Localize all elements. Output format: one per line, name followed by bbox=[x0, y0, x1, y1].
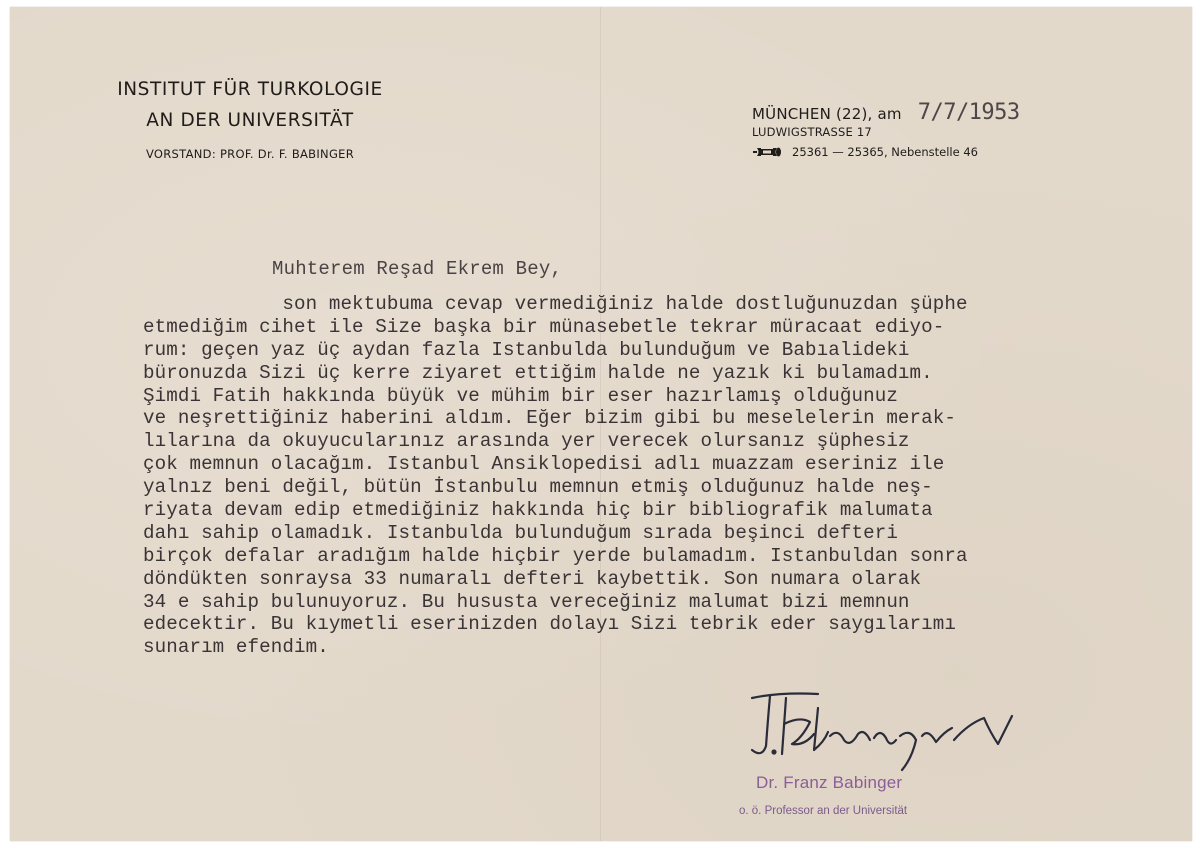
body-line: Şimdi Fatih hakkında büyük ve mühim bir … bbox=[143, 385, 968, 408]
institute-director: VORSTAND: PROF. Dr. F. BABINGER bbox=[80, 147, 420, 161]
body-line: ve neşrettiğiniz haberini aldım. Eğer bi… bbox=[143, 407, 968, 430]
letter-body: son mektubuma cevap vermediğiniz halde d… bbox=[143, 293, 968, 659]
body-line: edecektir. Bu kıymetli eserinizden dolay… bbox=[143, 613, 968, 636]
body-line: döndükten sonraysa 33 numaralı defteri k… bbox=[143, 568, 968, 591]
body-line: büronuzda Sizi üç kerre ziyaret ettiğim … bbox=[143, 362, 968, 385]
city-label: MÜNCHEN (22), am bbox=[752, 105, 902, 123]
body-line: sunarım efendim. bbox=[143, 636, 968, 659]
body-line: etmediğim cihet ile Size başka bir münas… bbox=[143, 316, 968, 339]
body-line: dahı sahip olamadık. Istanbulda bulunduğ… bbox=[143, 522, 968, 545]
body-line: lılarına da okuyucularınız arasında yer … bbox=[143, 430, 968, 453]
city-date-row: MÜNCHEN (22), am 7/7/1953 bbox=[752, 100, 1020, 125]
letterhead-address: MÜNCHEN (22), am 7/7/1953 LUDWIGSTRASSE … bbox=[752, 100, 1020, 159]
stamp-name: Dr. Franz Babinger bbox=[756, 773, 902, 793]
body-line: rum: geçen yaz üç aydan fazla Istanbulda… bbox=[143, 339, 968, 362]
street-address: LUDWIGSTRASSE 17 bbox=[752, 125, 1020, 139]
letterhead-institute: INSTITUT FÜR TURKOLOGIE AN DER UNIVERSIT… bbox=[80, 78, 420, 161]
stamp-title: o. ö. Professor an der Universität bbox=[739, 805, 907, 817]
body-line: riyata devam edip etmediğiniz hakkında h… bbox=[143, 499, 968, 522]
phone-row: 25361 — 25365, Nebenstelle 46 bbox=[752, 145, 1020, 159]
body-line: yalnız beni değil, bütün İstanbulu memnu… bbox=[143, 476, 968, 499]
institute-name-line1: INSTITUT FÜR TURKOLOGIE bbox=[80, 78, 420, 102]
body-line: çok memnun olacağım. Istanbul Ansikloped… bbox=[143, 453, 968, 476]
telephone-icon bbox=[752, 146, 782, 158]
body-line: birçok defalar aradığım halde hiçbir yer… bbox=[143, 545, 968, 568]
body-line: 34 e sahip bulunuyoruz. Bu hususta verec… bbox=[143, 591, 968, 614]
body-line: son mektubuma cevap vermediğiniz halde d… bbox=[143, 293, 968, 316]
letter-salutation: Muhterem Reşad Ekrem Bey, bbox=[272, 258, 562, 280]
institute-name-line2: AN DER UNIVERSITÄT bbox=[80, 109, 420, 133]
phone-numbers: 25361 — 25365, Nebenstelle 46 bbox=[792, 145, 978, 159]
letter-date: 7/7/1953 bbox=[918, 100, 1020, 125]
handwritten-signature bbox=[740, 688, 1015, 778]
